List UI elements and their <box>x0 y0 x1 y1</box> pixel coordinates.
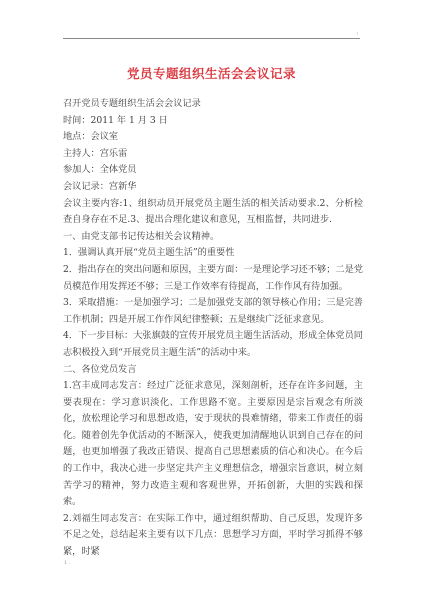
meta-recorder: 会议记录：宫新华 <box>63 179 363 196</box>
meta-attendees: 参加人：全体党员 <box>63 162 363 179</box>
section-heading-two: 二、各位党员发言 <box>63 362 363 379</box>
document-body: 召开党员专题组织生活会会议记录 时间：2011 年 1 月 3 日 地点：会议室… <box>63 96 363 561</box>
list-item-2: 2．指出存在的突出问题和原因，主要方面：一是理论学习还不够；二是党员模范作用发挥… <box>63 262 363 295</box>
list-item-3: 3．采取措施：一是加强学习；二是加强党支部的领导核心作用；三是完善工作机制；四是… <box>63 295 363 328</box>
meta-time: 时间：2011 年 1 月 3 日 <box>63 113 363 130</box>
section-heading-one: 一、由党支部书记传达相关会议精神。 <box>63 229 363 246</box>
meta-location: 地点：会议室 <box>63 129 363 146</box>
meta-heading: 召开党员专题组织生活会会议记录 <box>63 96 363 113</box>
page-header-mark: 1 <box>356 31 359 36</box>
meta-host: 主持人：宫乐雷 <box>63 146 363 163</box>
speech-paragraph-2: 2.刘福生同志发言：在实际工作中，通过组织帮助、自己反思，发现许多不足之处，总结… <box>63 511 363 561</box>
document-title: 党员专题组织生活会会议记录 <box>0 64 423 82</box>
meeting-content-paragraph: 会议主要内容:1、组织动员开展党员主题生活的相关活动要求.2、分析检查自身存在不… <box>63 196 363 229</box>
page-footer-mark: 1 . <box>64 560 70 566</box>
speech-paragraph-1: 1.宫丰成同志发言：经过广泛征求意见，深刻剖析，还存在许多问题，主要表现在：学习… <box>63 378 363 511</box>
list-item-1: 1．强调认真开展“党员主题生活”的重要性 <box>63 245 363 262</box>
page-header-rule <box>63 38 360 39</box>
list-item-4: 4．下一步目标：大张旗鼓的宣传开展党员主题生活活动，形成全体党员同志积极投入到“… <box>63 328 363 361</box>
